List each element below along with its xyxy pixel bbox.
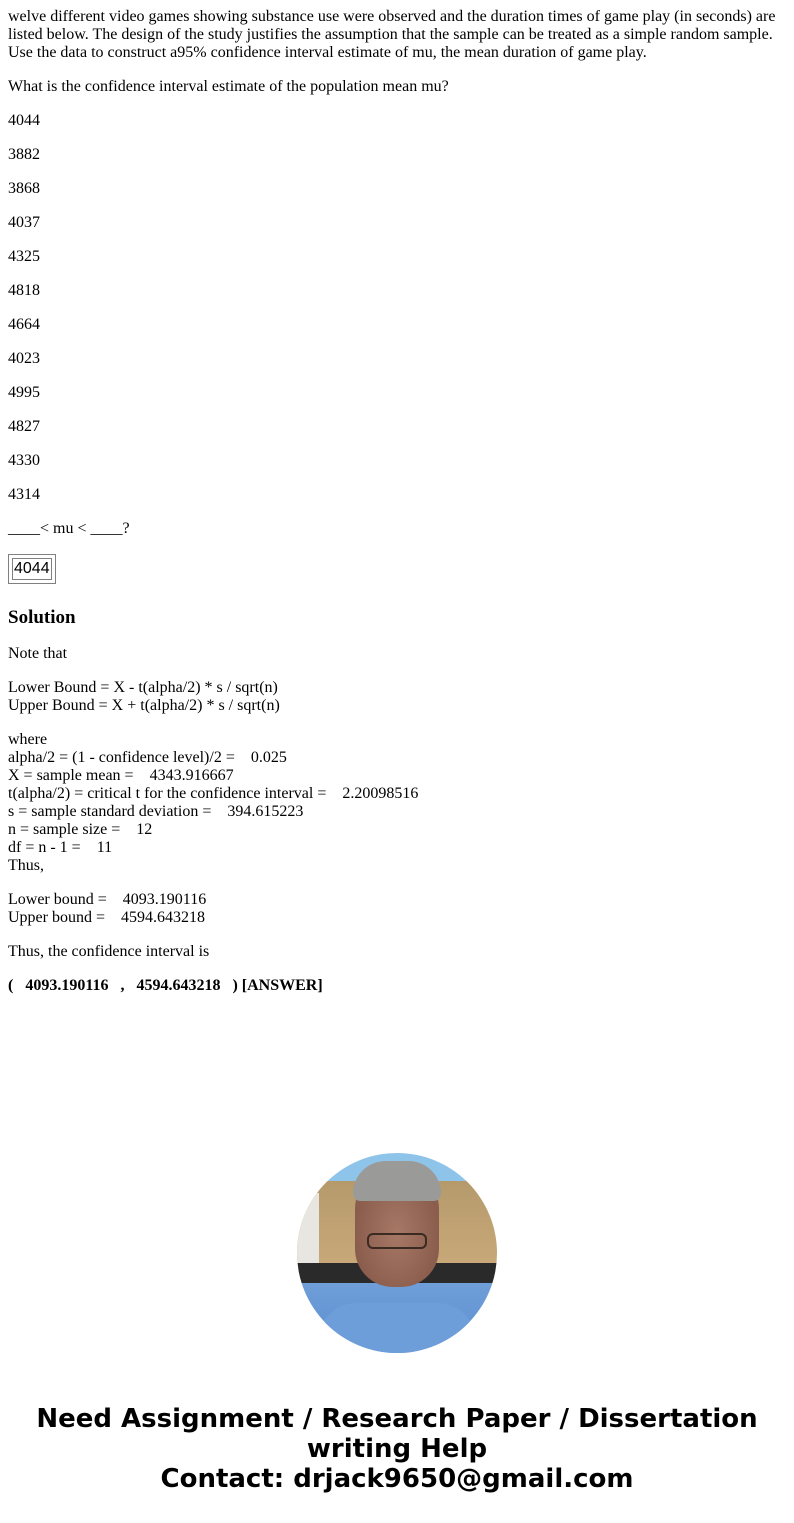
lower-bound-result: Lower bound = 4093.190116 <box>8 891 786 909</box>
interval-blank-line: ____< mu < ____? <box>8 520 786 538</box>
definition-df: df = n - 1 = 11 <box>8 839 786 857</box>
document-body: welve different video games showing subs… <box>0 8 794 995</box>
data-value: 4037 <box>8 214 786 232</box>
definition-mean: X = sample mean = 4343.916667 <box>8 767 786 785</box>
avatar-shirt <box>317 1303 477 1353</box>
promo-line-1: Need Assignment / Research Paper / Disse… <box>0 1404 794 1434</box>
data-value: 4325 <box>8 248 786 266</box>
data-value: 4827 <box>8 418 786 436</box>
conclusion-text: Thus, the confidence interval is <box>8 943 786 961</box>
final-answer: ( 4093.190116 , 4594.643218 ) [ANSWER] <box>8 977 786 995</box>
lower-bound-formula: Lower Bound = X - t(alpha/2) * s / sqrt(… <box>8 679 786 697</box>
author-avatar <box>297 1153 497 1353</box>
definition-std-dev: s = sample standard deviation = 394.6152… <box>8 803 786 821</box>
promo-line-2: writing Help <box>0 1434 794 1464</box>
upper-bound-formula: Upper Bound = X + t(alpha/2) * s / sqrt(… <box>8 697 786 715</box>
data-value: 4995 <box>8 384 786 402</box>
definition-critical-t: t(alpha/2) = critical t for the confiden… <box>8 785 786 803</box>
note-text: Note that <box>8 645 786 663</box>
data-values-list: 4044 3882 3868 4037 4325 4818 4664 4023 … <box>8 112 786 504</box>
data-value: 4664 <box>8 316 786 334</box>
data-value: 4044 <box>8 112 786 130</box>
definition-sample-size: n = sample size = 12 <box>8 821 786 839</box>
solution-heading: Solution <box>8 607 786 629</box>
question-intro: welve different video games showing subs… <box>8 8 786 62</box>
question-prompt: What is the confidence interval estimate… <box>8 78 786 96</box>
avatar-glasses <box>367 1233 427 1249</box>
where-label: where <box>8 731 786 749</box>
table-cell: 4044 <box>12 558 52 580</box>
data-table: 4044 <box>8 554 56 584</box>
data-value: 3868 <box>8 180 786 198</box>
solution-body: Note that Lower Bound = X - t(alpha/2) *… <box>8 645 786 995</box>
avatar-background-frame <box>297 1193 319 1263</box>
avatar-hair <box>353 1161 441 1201</box>
data-value: 4314 <box>8 486 786 504</box>
data-value: 4818 <box>8 282 786 300</box>
data-value: 4330 <box>8 452 786 470</box>
thus-label: Thus, <box>8 857 786 875</box>
data-value: 3882 <box>8 146 786 164</box>
promo-contact: Contact: drjack9650@gmail.com <box>0 1464 794 1494</box>
data-value: 4023 <box>8 350 786 368</box>
definition-alpha: alpha/2 = (1 - confidence level)/2 = 0.0… <box>8 749 786 767</box>
promo-banner: Need Assignment / Research Paper / Disse… <box>0 1404 794 1494</box>
upper-bound-result: Upper bound = 4594.643218 <box>8 909 786 927</box>
